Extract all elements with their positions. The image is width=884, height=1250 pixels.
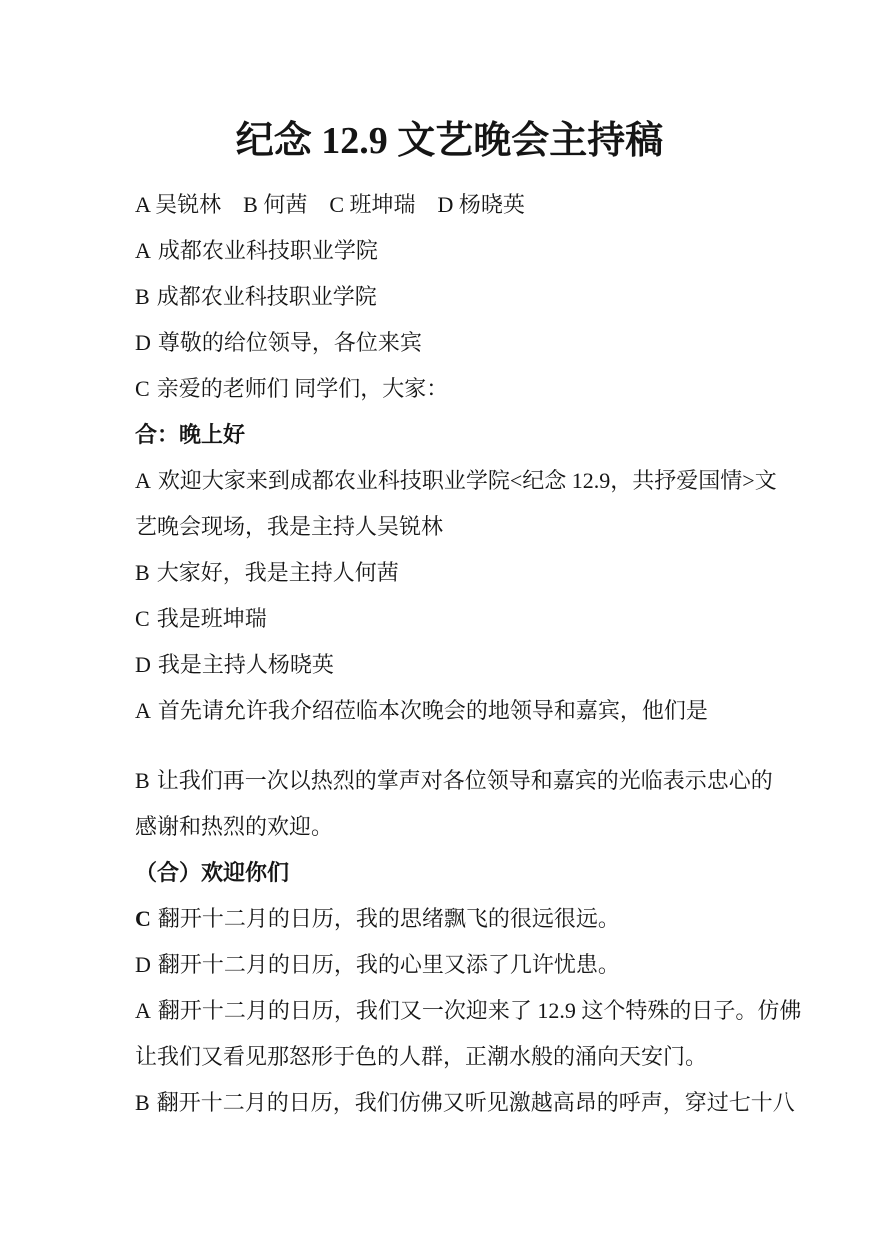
document-line: D翻开十二月的日历，我的心里又添了几许忧患。 xyxy=(135,942,764,988)
line-text: （合）欢迎你们 xyxy=(135,860,289,885)
speaker-label: C xyxy=(135,596,150,642)
document-line: B成都农业科技职业学院 xyxy=(135,274,764,320)
document-line: A欢迎大家来到成都农业科技职业学院<纪念 12.9，共抒爱国情>文 xyxy=(135,458,764,504)
document-line: C亲爱的老师们 同学们，大家： xyxy=(135,366,764,412)
line-text: 尊敬的给位领导，各位来宾 xyxy=(158,330,422,355)
line-text: 大家好，我是主持人何茜 xyxy=(157,560,399,585)
document-line: A 吴锐林 B 何茜 C 班坤瑞 D 杨晓英 xyxy=(135,182,764,228)
document-line: D尊敬的给位领导，各位来宾 xyxy=(135,320,764,366)
document-blank-line xyxy=(135,734,764,758)
speaker-label: A xyxy=(135,228,151,274)
line-text: 首先请允许我介绍莅临本次晚会的地领导和嘉宾，他们是 xyxy=(158,698,708,723)
document-line: C我是班坤瑞 xyxy=(135,596,764,642)
document-line-heading: 合：晚上好 xyxy=(135,412,764,458)
speaker-label: B xyxy=(135,758,150,804)
speaker-label: C xyxy=(135,896,151,942)
speaker-label: B xyxy=(135,1080,150,1126)
line-text: A 吴锐林 B 何茜 C 班坤瑞 D 杨晓英 xyxy=(135,192,525,217)
line-text: 感谢和热烈的欢迎。 xyxy=(135,814,333,839)
document-line: A首先请允许我介绍莅临本次晚会的地领导和嘉宾，他们是 xyxy=(135,688,764,734)
speaker-label: B xyxy=(135,274,150,320)
line-text: 合：晚上好 xyxy=(135,422,245,447)
document-line: 艺晚会现场，我是主持人吴锐林 xyxy=(135,504,764,550)
line-text: 让我们再一次以热烈的掌声对各位领导和嘉宾的光临表示忠心的 xyxy=(157,768,773,793)
document-page: 纪念 12.9 文艺晚会主持稿 A 吴锐林 B 何茜 C 班坤瑞 D 杨晓英 A… xyxy=(0,0,884,1250)
line-text: 翻开十二月的日历，我的心里又添了几许忧患。 xyxy=(158,952,620,977)
line-text: 我是主持人杨晓英 xyxy=(158,652,334,677)
line-text: 艺晚会现场，我是主持人吴锐林 xyxy=(135,514,443,539)
speaker-label: C xyxy=(135,366,150,412)
speaker-label: D xyxy=(135,320,151,366)
line-text: 翻开十二月的日历，我们又一次迎来了 12.9 这个特殊的日子。仿佛 xyxy=(158,998,802,1023)
line-text: 翻开十二月的日历，我们仿佛又听见激越高昂的呼声，穿过七十八 xyxy=(157,1090,795,1115)
speaker-label: D xyxy=(135,942,151,988)
document-line: A成都农业科技职业学院 xyxy=(135,228,764,274)
line-text: 让我们又看见那怒形于色的人群，正潮水般的涌向天安门。 xyxy=(135,1044,707,1069)
page-title: 纪念 12.9 文艺晚会主持稿 xyxy=(135,113,764,169)
document-line: 让我们又看见那怒形于色的人群，正潮水般的涌向天安门。 xyxy=(135,1034,764,1080)
speaker-label: D xyxy=(135,642,151,688)
speaker-label: A xyxy=(135,688,151,734)
line-text: 成都农业科技职业学院 xyxy=(158,238,378,263)
document-line: B让我们再一次以热烈的掌声对各位领导和嘉宾的光临表示忠心的 xyxy=(135,758,764,804)
document-line: D我是主持人杨晓英 xyxy=(135,642,764,688)
speaker-label: B xyxy=(135,550,150,596)
speaker-label: A xyxy=(135,458,151,504)
document-line: 感谢和热烈的欢迎。 xyxy=(135,804,764,850)
line-text: 我是班坤瑞 xyxy=(157,606,267,631)
speaker-label: A xyxy=(135,988,151,1034)
line-text: 欢迎大家来到成都农业科技职业学院<纪念 12.9，共抒爱国情>文 xyxy=(158,468,777,493)
document-line: A翻开十二月的日历，我们又一次迎来了 12.9 这个特殊的日子。仿佛 xyxy=(135,988,764,1034)
line-text: 成都农业科技职业学院 xyxy=(157,284,377,309)
document-body: A 吴锐林 B 何茜 C 班坤瑞 D 杨晓英 A成都农业科技职业学院 B成都农业… xyxy=(135,182,764,1126)
document-line-heading: （合）欢迎你们 xyxy=(135,850,764,896)
line-text: 亲爱的老师们 同学们，大家： xyxy=(157,376,449,401)
document-line: C翻开十二月的日历，我的思绪飘飞的很远很远。 xyxy=(135,896,764,942)
document-line: B大家好，我是主持人何茜 xyxy=(135,550,764,596)
document-line: B翻开十二月的日历，我们仿佛又听见激越高昂的呼声，穿过七十八 xyxy=(135,1080,764,1126)
line-text: 翻开十二月的日历，我的思绪飘飞的很远很远。 xyxy=(158,906,620,931)
